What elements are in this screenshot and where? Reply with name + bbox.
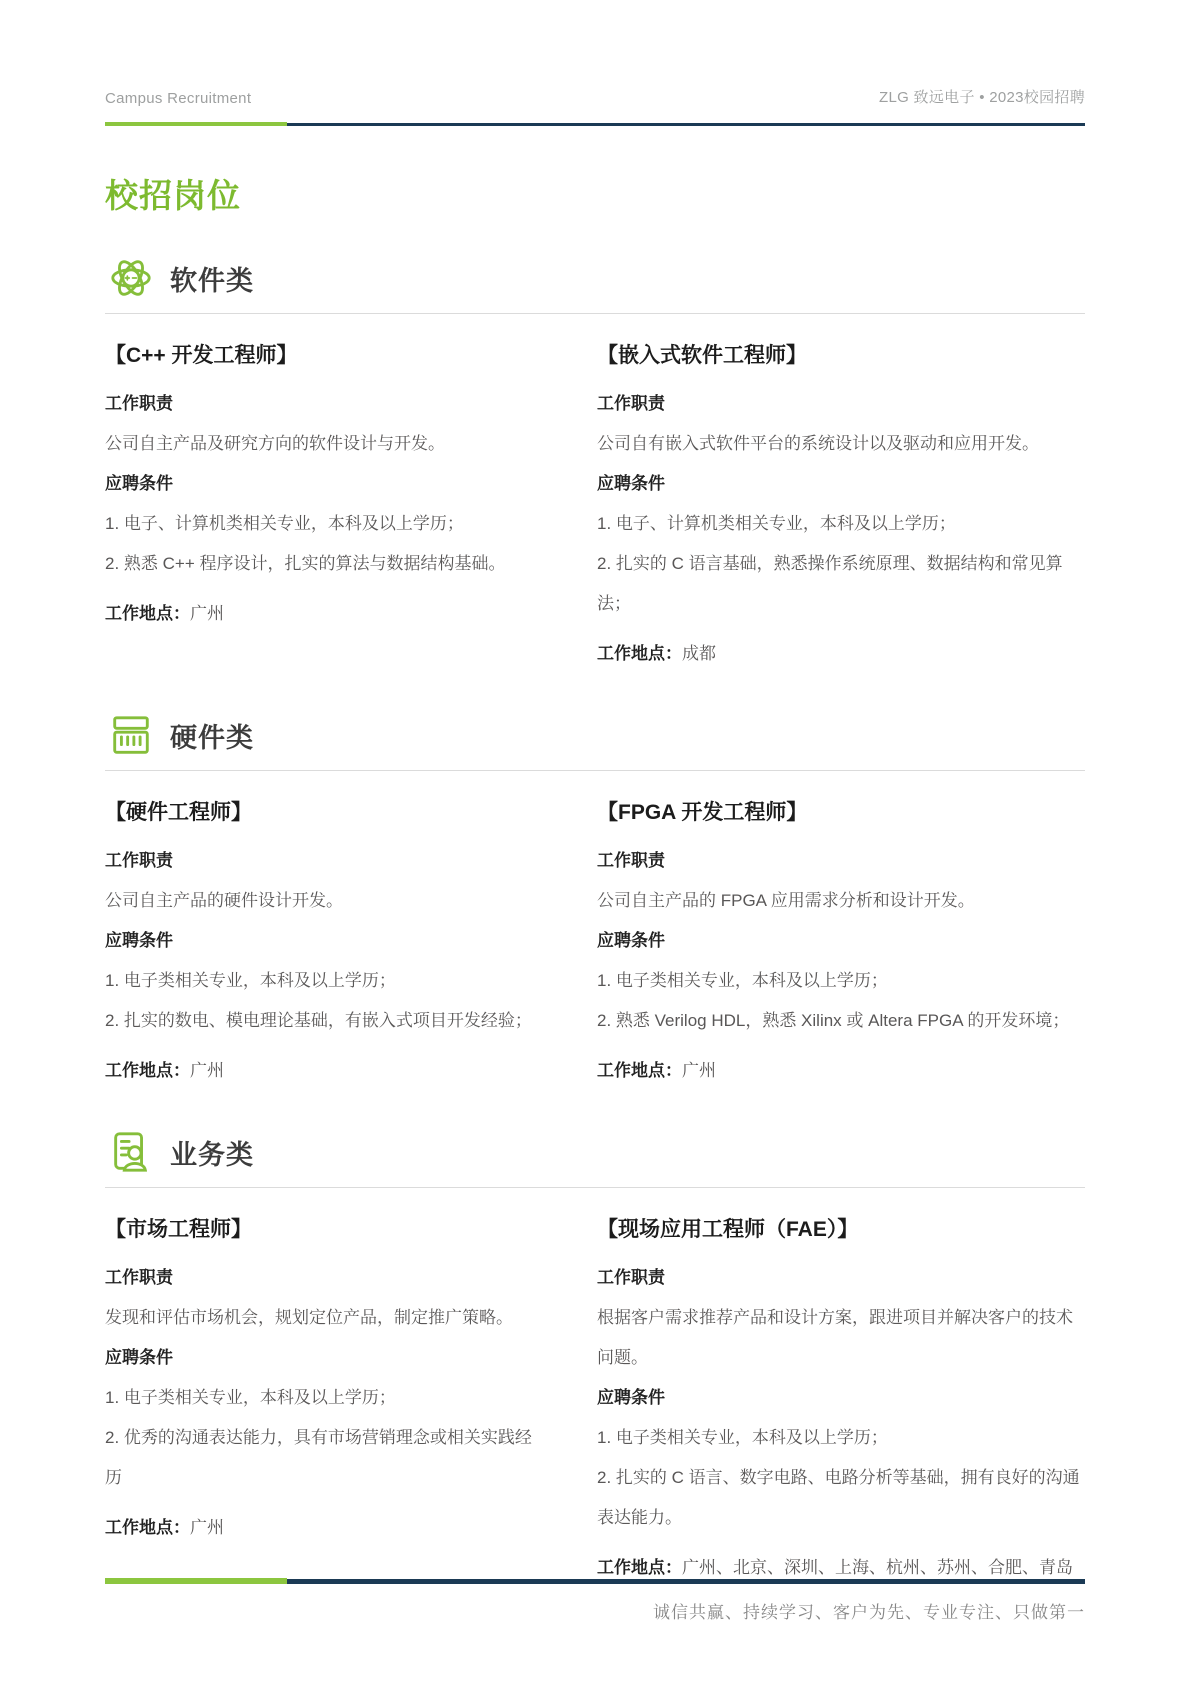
job-title: 【FPGA 开发工程师】 <box>597 789 1085 837</box>
requirement-item: 1. 电子、计算机类相关专业，本科及以上学历； <box>597 504 1085 544</box>
duty-text: 发现和评估市场机会，规划定位产品，制定推广策略。 <box>105 1298 535 1338</box>
profile-doc-icon <box>108 1129 154 1175</box>
requirement-item: 1. 电子类相关专业，本科及以上学历； <box>597 1418 1085 1458</box>
hardware-jobs: 【硬件工程师】 工作职责 公司自主产品的硬件设计开发。 应聘条件 1. 电子类相… <box>105 771 1085 1091</box>
location-value: 广州、北京、深圳、上海、杭州、苏州、合肥、青岛 <box>682 1558 1073 1577</box>
duty-label: 工作职责 <box>105 1258 535 1298</box>
location-value: 广州 <box>190 1518 224 1537</box>
section-hardware: 硬件类 【硬件工程师】 工作职责 公司自主产品的硬件设计开发。 应聘条件 1. … <box>105 712 1085 1091</box>
duty-label: 工作职责 <box>597 384 1085 424</box>
requirements-label: 应聘条件 <box>105 921 535 961</box>
requirements-label: 应聘条件 <box>597 1378 1085 1418</box>
duty-label: 工作职责 <box>105 841 535 881</box>
duty-text: 根据客户需求推荐产品和设计方案，跟进项目并解决客户的技术问题。 <box>597 1298 1085 1378</box>
job-marketing-engineer: 【市场工程师】 工作职责 发现和评估市场机会，规划定位产品，制定推广策略。 应聘… <box>105 1188 535 1588</box>
section-software: 软件类 【C++ 开发工程师】 工作职责 公司自主产品及研究方向的软件设计与开发… <box>105 255 1085 674</box>
location-label: 工作地点： <box>105 1518 190 1537</box>
section-business: 业务类 【市场工程师】 工作职责 发现和评估市场机会，规划定位产品，制定推广策略… <box>105 1129 1085 1588</box>
duty-text: 公司自主产品及研究方向的软件设计与开发。 <box>105 424 535 464</box>
requirement-item: 2. 优秀的沟通表达能力，具有市场营销理念或相关实践经历 <box>105 1418 535 1498</box>
requirement-item: 1. 电子类相关专业，本科及以上学历； <box>105 961 535 1001</box>
location-line: 工作地点：广州 <box>597 1051 1085 1091</box>
section-hardware-header: 硬件类 <box>105 712 1085 758</box>
duty-text: 公司自主产品的 FPGA 应用需求分析和设计开发。 <box>597 881 1085 921</box>
page-footer: 诚信共赢、持续学习、客户为先、专业专注、只做第一 <box>105 1578 1085 1623</box>
page-title: 校招岗位 <box>105 170 1085 217</box>
duty-label: 工作职责 <box>597 841 1085 881</box>
duty-text: 公司自主产品的硬件设计开发。 <box>105 881 535 921</box>
requirement-item: 1. 电子、计算机类相关专业，本科及以上学历； <box>105 504 535 544</box>
location-value: 成都 <box>682 644 716 663</box>
header-right-text: ZLG 致远电子 • 2023校园招聘 <box>879 86 1085 107</box>
section-software-title: 软件类 <box>170 259 254 298</box>
requirements-label: 应聘条件 <box>597 464 1085 504</box>
requirement-item: 2. 扎实的 C 语言、数字电路、电路分析等基础，拥有良好的沟通表达能力。 <box>597 1458 1085 1538</box>
requirement-item: 1. 电子类相关专业，本科及以上学历； <box>105 1378 535 1418</box>
header-rule-green <box>105 122 287 126</box>
requirements-label: 应聘条件 <box>597 921 1085 961</box>
footer-slogan: 诚信共赢、持续学习、客户为先、专业专注、只做第一 <box>105 1598 1085 1623</box>
job-title: 【硬件工程师】 <box>105 789 535 837</box>
requirement-item: 2. 扎实的数电、模电理论基础，有嵌入式项目开发经验； <box>105 1001 535 1041</box>
hardware-module-icon <box>108 712 154 758</box>
location-label: 工作地点： <box>105 604 190 623</box>
job-cpp-engineer: 【C++ 开发工程师】 工作职责 公司自主产品及研究方向的软件设计与开发。 应聘… <box>105 314 535 674</box>
atom-icon <box>108 255 154 301</box>
location-value: 广州 <box>682 1061 716 1080</box>
job-fpga-engineer: 【FPGA 开发工程师】 工作职责 公司自主产品的 FPGA 应用需求分析和设计… <box>597 771 1085 1091</box>
job-hardware-engineer: 【硬件工程师】 工作职责 公司自主产品的硬件设计开发。 应聘条件 1. 电子类相… <box>105 771 535 1091</box>
location-value: 广州 <box>190 604 224 623</box>
header-left-text: Campus Recruitment <box>105 90 251 107</box>
job-embedded-software-engineer: 【嵌入式软件工程师】 工作职责 公司自有嵌入式软件平台的系统设计以及驱动和应用开… <box>597 314 1085 674</box>
location-value: 广州 <box>190 1061 224 1080</box>
requirement-item: 2. 熟悉 Verilog HDL，熟悉 Xilinx 或 Altera FPG… <box>597 1001 1085 1041</box>
job-title: 【市场工程师】 <box>105 1206 535 1254</box>
duty-label: 工作职责 <box>105 384 535 424</box>
requirements-label: 应聘条件 <box>105 1338 535 1378</box>
requirement-item: 1. 电子类相关专业，本科及以上学历； <box>597 961 1085 1001</box>
business-jobs: 【市场工程师】 工作职责 发现和评估市场机会，规划定位产品，制定推广策略。 应聘… <box>105 1188 1085 1588</box>
job-title: 【现场应用工程师（FAE）】 <box>597 1206 1085 1254</box>
section-business-header: 业务类 <box>105 1129 1085 1175</box>
section-hardware-title: 硬件类 <box>170 716 254 755</box>
recruitment-page: Campus Recruitment ZLG 致远电子 • 2023校园招聘 校… <box>0 0 1190 1588</box>
location-line: 工作地点：广州 <box>105 594 535 634</box>
header-rule <box>105 122 1085 126</box>
footer-rule-green <box>105 1578 287 1584</box>
section-software-header: 软件类 <box>105 255 1085 301</box>
page-header: Campus Recruitment ZLG 致远电子 • 2023校园招聘 <box>105 0 1085 107</box>
footer-rule-navy <box>287 1579 1085 1584</box>
duty-text: 公司自有嵌入式软件平台的系统设计以及驱动和应用开发。 <box>597 424 1085 464</box>
location-label: 工作地点： <box>105 1061 190 1080</box>
footer-rule <box>105 1578 1085 1584</box>
duty-label: 工作职责 <box>597 1258 1085 1298</box>
job-title: 【嵌入式软件工程师】 <box>597 332 1085 380</box>
requirements-label: 应聘条件 <box>105 464 535 504</box>
job-title: 【C++ 开发工程师】 <box>105 332 535 380</box>
requirement-item: 2. 扎实的 C 语言基础，熟悉操作系统原理、数据结构和常见算法； <box>597 544 1085 624</box>
job-fae-engineer: 【现场应用工程师（FAE）】 工作职责 根据客户需求推荐产品和设计方案，跟进项目… <box>597 1188 1085 1588</box>
location-label: 工作地点： <box>597 1558 682 1577</box>
requirement-item: 2. 熟悉 C++ 程序设计，扎实的算法与数据结构基础。 <box>105 544 535 584</box>
software-jobs: 【C++ 开发工程师】 工作职责 公司自主产品及研究方向的软件设计与开发。 应聘… <box>105 314 1085 674</box>
location-line: 工作地点：广州 <box>105 1508 535 1548</box>
location-line: 工作地点：成都 <box>597 634 1085 674</box>
location-line: 工作地点：广州 <box>105 1051 535 1091</box>
section-business-title: 业务类 <box>170 1133 254 1172</box>
header-rule-navy <box>287 123 1085 126</box>
location-label: 工作地点： <box>597 1061 682 1080</box>
location-label: 工作地点： <box>597 644 682 663</box>
